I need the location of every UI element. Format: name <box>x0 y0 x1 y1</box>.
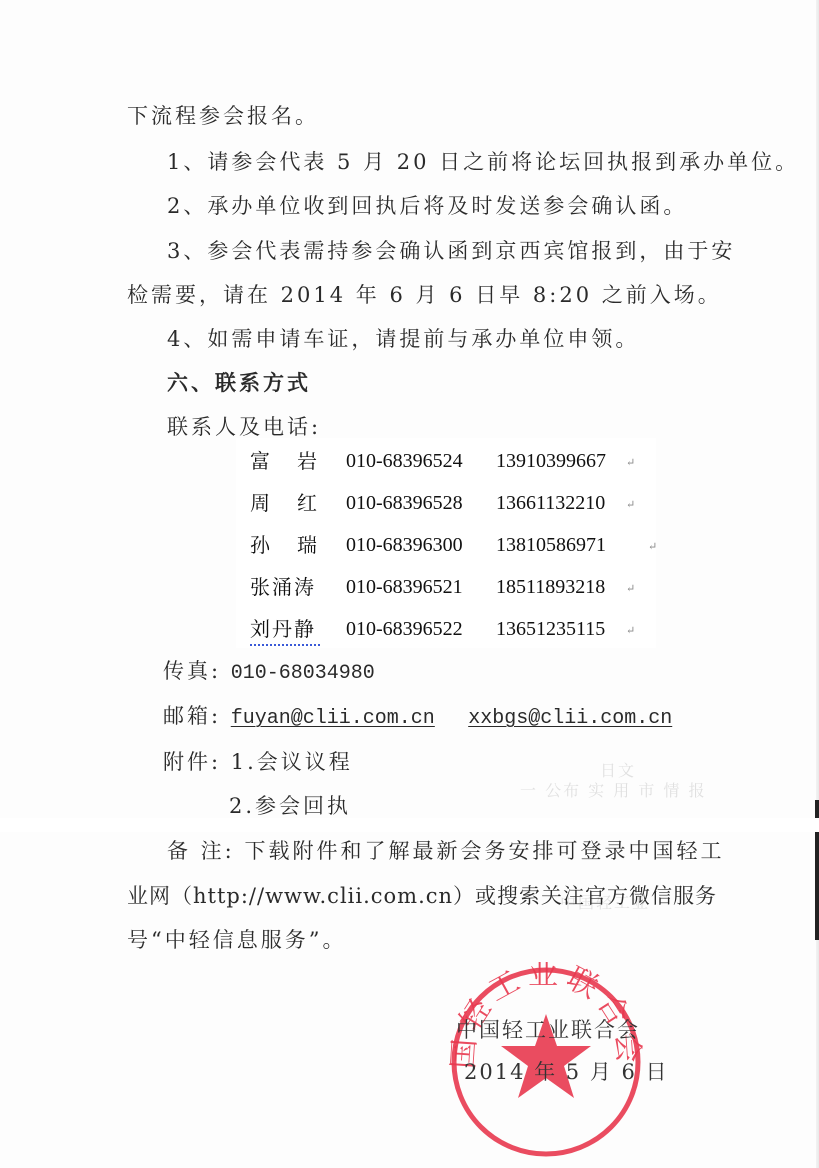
contact-tel: 010-68396300 <box>346 530 463 560</box>
note-label: 备 注: <box>167 839 235 863</box>
email-link-xxbgs[interactable]: xxbgs@clii.com.cn <box>468 707 672 730</box>
note-line-3: 号“中轻信息服务”。 <box>127 927 346 953</box>
document-page: 下流程参会报名。 1、请参会代表 5 月 20 日之前将论坛回执报到承办单位。 … <box>0 0 819 1168</box>
contact-mobile: 13651235115 <box>496 614 605 644</box>
contact-name: 刘丹静 <box>250 614 320 646</box>
contact-mobile: 13661132210 <box>496 488 605 518</box>
contact-name: 富岩 <box>250 446 320 476</box>
section-heading-contact: 六、联系方式 <box>167 370 311 396</box>
fax-line: 传真: 010-68034980 <box>163 658 375 687</box>
pilcrow-icon: ↵ <box>626 616 635 646</box>
pilcrow-icon: ↵ <box>648 532 657 562</box>
contact-tel: 010-68396528 <box>346 488 463 518</box>
step-4: 4、如需申请车证，请提前与承办单位申领。 <box>167 326 639 352</box>
step-2: 2、承办单位收到回执后将及时发送参会确认函。 <box>167 193 687 219</box>
step-3-continued: 检需要，请在 2014 年 6 月 6 日早 8:20 之前入场。 <box>127 282 722 308</box>
step-1: 1、请参会代表 5 月 20 日之前将论坛回执报到承办单位。 <box>167 149 799 175</box>
contact-name-first: 富 <box>250 449 270 473</box>
contact-tel: 010-68396524 <box>346 446 463 476</box>
contact-mobile: 18511893218 <box>496 572 605 602</box>
attachments-line: 附件: 1.会议议程 <box>163 749 353 775</box>
attachments-label: 附件: <box>163 750 221 774</box>
contact-name-second: 红 <box>297 488 317 518</box>
signature-org: 中国轻工业联合会 <box>456 1014 640 1044</box>
email-link-fuyan[interactable]: fuyan@clii.com.cn <box>231 707 435 730</box>
attachment-2: 2.参会回执 <box>229 793 351 819</box>
email-label: 邮箱: <box>163 704 221 728</box>
contact-name: 周红 <box>250 488 320 518</box>
contact-name: 孙瑞 <box>250 530 320 560</box>
contact-mobile: 13810586971 <box>496 530 606 560</box>
contact-name-second: 瑞 <box>297 530 317 560</box>
fax-number: 010-68034980 <box>231 662 375 685</box>
contact-mobile: 13910399667 <box>496 446 606 476</box>
contact-tel: 010-68396521 <box>346 572 463 602</box>
note-line-1: 备 注: 下载附件和了解最新会务安排可登录中国轻工 <box>167 838 724 864</box>
note-line-2: 业网（http://www.clii.com.cn）或搜索关注官方微信服务 <box>127 883 717 909</box>
contact-name: 张涌涛 <box>250 572 320 602</box>
signature-date: 2014 年 5 月 6 日 <box>464 1056 669 1086</box>
email-line: 邮箱: fuyan@clii.com.cn xxbgs@clii.com.cn <box>163 703 672 732</box>
contact-name-first: 周 <box>250 491 270 515</box>
bleed-through-text: 一 公布 实 用 市 情 报 <box>520 778 707 801</box>
note-text-1: 下载附件和了解最新会务安排可登录中国轻工 <box>244 839 724 863</box>
attachment-1: 1.会议议程 <box>231 750 353 774</box>
scan-seam <box>0 818 819 832</box>
contact-table: 富岩 010-68396524 13910399667 ↵ 周红 010-683… <box>236 438 656 648</box>
contact-name-second: 岩 <box>297 446 317 476</box>
pilcrow-icon: ↵ <box>626 574 635 604</box>
fax-label: 传真: <box>163 659 221 683</box>
step-3: 3、参会代表需持参会确认函到京西宾馆报到，由于安 <box>167 238 735 264</box>
contacts-label: 联系人及电话: <box>167 414 321 440</box>
pilcrow-icon: ↵ <box>626 490 635 520</box>
pilcrow-icon: ↵ <box>626 448 635 478</box>
contact-tel: 010-68396522 <box>346 614 463 644</box>
intro-tail: 下流程参会报名。 <box>127 103 319 129</box>
contact-name-first: 孙 <box>250 533 270 557</box>
